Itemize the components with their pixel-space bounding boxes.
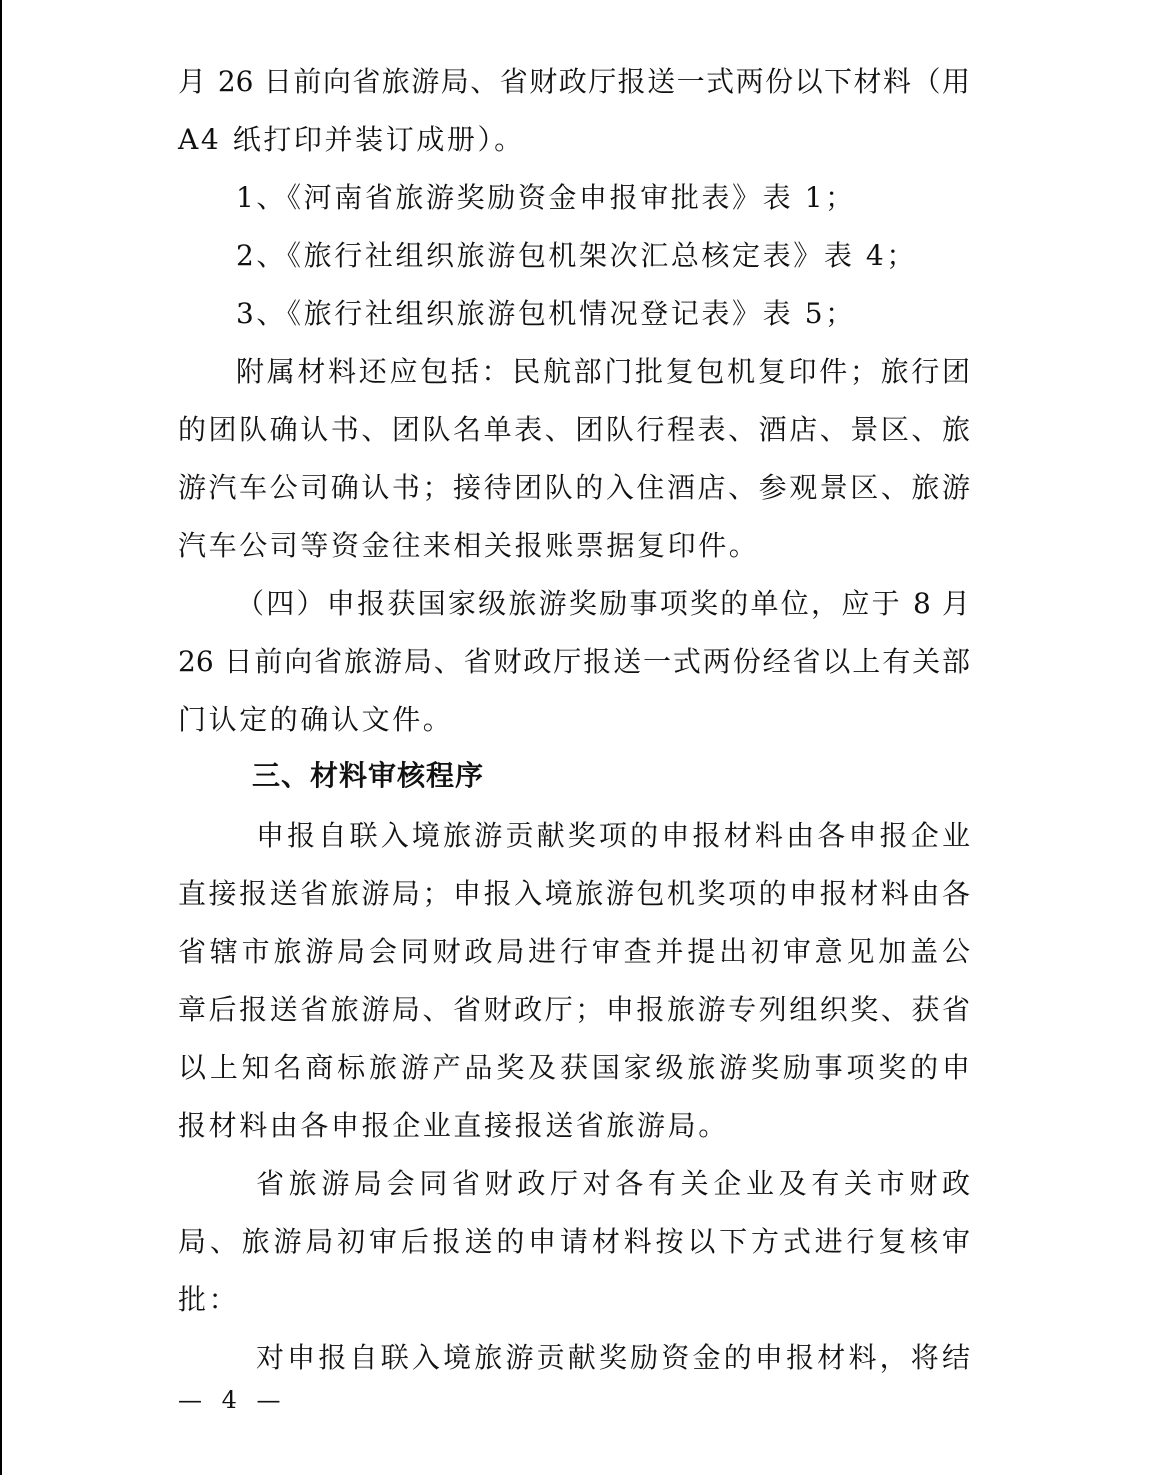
list-item-3: 3、《旅行社组织旅游包机情况登记表》表 5； bbox=[236, 294, 856, 334]
paragraph-line-14: 申报自联入境旅游贡献奖项的申报材料由各申报企业 bbox=[256, 816, 970, 856]
paragraph-line-22: 批： bbox=[178, 1280, 239, 1320]
paragraph-line-12: 门认定的确认文件。 bbox=[178, 700, 453, 740]
paragraph-line-17: 章后报送省旅游局、省财政厅；申报旅游专列组织奖、获省 bbox=[178, 990, 970, 1030]
paragraph-line-7: 的团队确认书、团队名单表、团队行程表、酒店、景区、旅 bbox=[178, 410, 970, 450]
paragraph-line-16: 省辖市旅游局会同财政局进行审查并提出初审意见加盖公 bbox=[178, 932, 970, 972]
list-item-2: 2、《旅行社组织旅游包机架次汇总核定表》表 4； bbox=[236, 236, 917, 276]
page-number: — 4 — bbox=[178, 1386, 287, 1414]
paragraph-line-1: 月 26 日前向省旅游局、省财政厅报送一式两份以下材料（用 bbox=[178, 62, 970, 102]
paragraph-line-8: 游汽车公司确认书；接待团队的入住酒店、参观景区、旅游 bbox=[178, 468, 970, 508]
paragraph-line-11: 26 日前向省旅游局、省财政厅报送一式两份经省以上有关部 bbox=[178, 642, 970, 682]
paragraph-line-23: 对申报自联入境旅游贡献奖励资金的申报材料，将结 bbox=[256, 1338, 970, 1378]
paragraph-line-9: 汽车公司等资金往来相关报账票据复印件。 bbox=[178, 526, 759, 566]
paragraph-line-18: 以上知名商标旅游产品奖及获国家级旅游奖励事项奖的申 bbox=[178, 1048, 970, 1088]
paragraph-line-21: 局、旅游局初审后报送的申请材料按以下方式进行复核审 bbox=[178, 1222, 970, 1262]
list-item-1: 1、《河南省旅游奖励资金申报审批表》表 1； bbox=[236, 178, 856, 218]
paragraph-line-20: 省旅游局会同省财政厅对各有关企业及有关市财政 bbox=[256, 1164, 970, 1204]
paragraph-line-6: 附属材料还应包括：民航部门批复包机复印件；旅行团 bbox=[236, 352, 970, 392]
paragraph-line-2: A4 纸打印并装订成册）。 bbox=[178, 120, 525, 160]
paragraph-line-10: （四）申报获国家级旅游奖励事项奖的单位，应于 8 月 bbox=[236, 584, 970, 624]
paragraph-line-19: 报材料由各申报企业直接报送省旅游局。 bbox=[178, 1106, 729, 1146]
paragraph-line-15: 直接报送省旅游局；申报入境旅游包机奖项的申报材料由各 bbox=[178, 874, 970, 914]
section-heading: 三、材料审核程序 bbox=[252, 756, 484, 796]
